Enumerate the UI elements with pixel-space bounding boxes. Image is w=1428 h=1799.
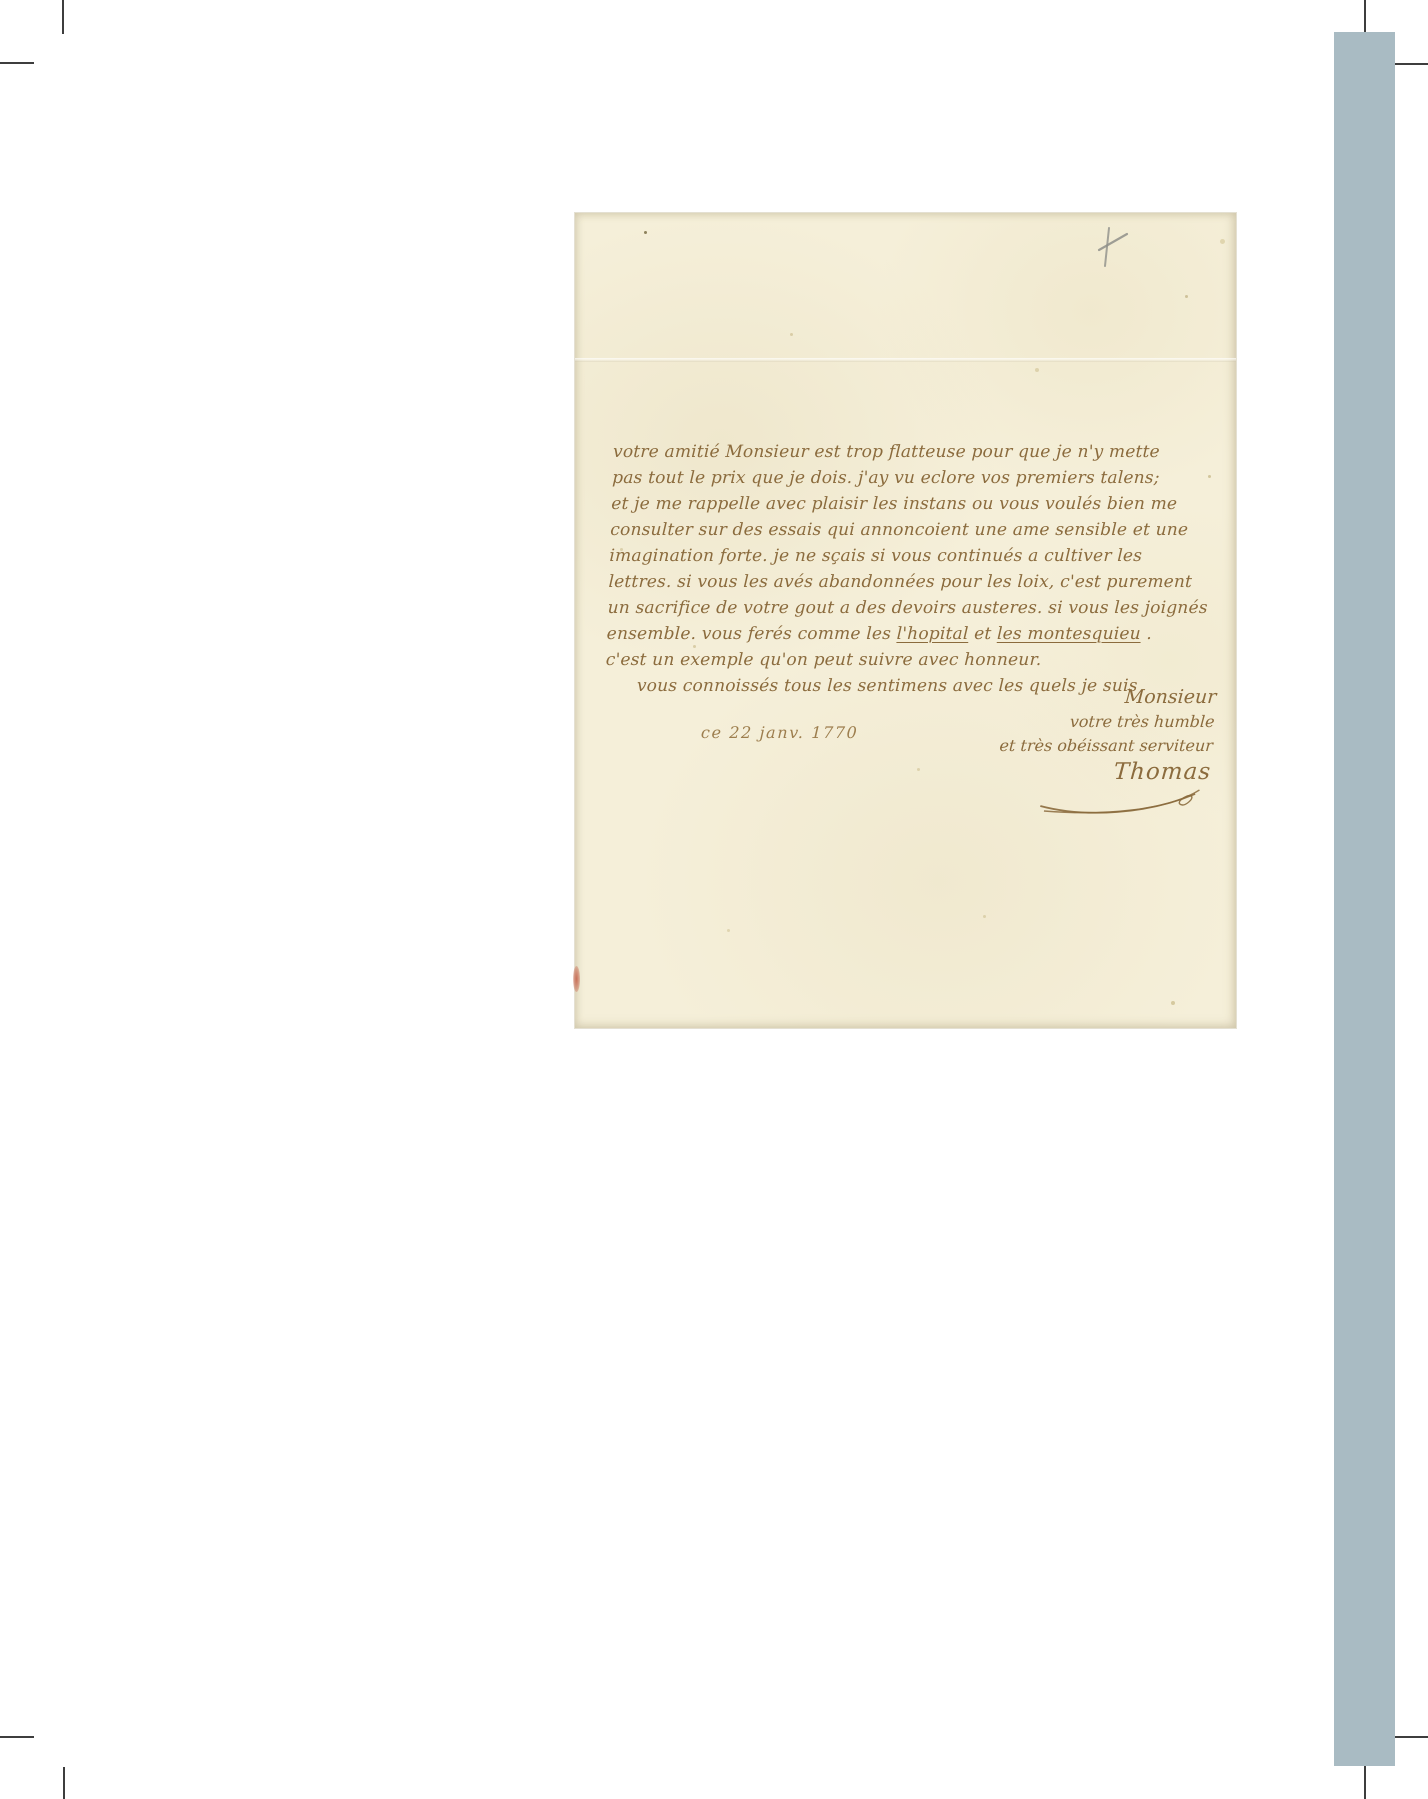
letter-text: c'est un exemple qu'on peut suivre avec … <box>605 650 1041 670</box>
foxing-speck <box>917 768 920 771</box>
letter-line: ensemble. vous ferés comme les l'hopital… <box>606 621 1222 647</box>
foxing-speck <box>790 333 793 336</box>
letter-line: imagination forte. je ne sçais si vous c… <box>609 543 1225 569</box>
letter-line: c'est un exemple qu'on peut suivre avec … <box>605 647 1221 673</box>
underlined-text: l'hopital <box>896 624 969 644</box>
closing-block: Monsieur votre très humble et très obéis… <box>994 685 1217 822</box>
letter-line: votre amitié Monsieur est trop flatteuse… <box>613 439 1229 465</box>
crop-mark-top-left-horizontal <box>0 62 34 64</box>
letter-text: et <box>968 624 997 644</box>
letter-line: consulter sur des essais qui annoncoient… <box>610 517 1226 543</box>
letter-text: pas tout le prix que je dois. j'ay vu ec… <box>612 468 1160 488</box>
fold-crease <box>575 358 1236 362</box>
foxing-speck <box>727 929 730 932</box>
signature-flourish <box>1035 784 1209 818</box>
foxing-speck <box>983 915 986 918</box>
foxing-speck <box>644 231 647 234</box>
crop-mark-bottom-right-horizontal <box>1395 1736 1428 1738</box>
crop-mark-top-left-vertical <box>62 0 64 34</box>
date-line: ce 22 janv. 1770 <box>701 723 859 742</box>
crop-mark-bottom-left-horizontal <box>0 1736 34 1738</box>
letter-text: lettres. si vous les avés abandonnées po… <box>608 572 1192 592</box>
closing-salutation: Monsieur <box>1002 685 1217 710</box>
crop-mark-top-right-vertical <box>1364 0 1366 33</box>
crop-mark-top-right-horizontal <box>1395 63 1428 65</box>
letter-line: pas tout le prix que je dois. j'ay vu ec… <box>612 465 1228 491</box>
letter-text: consulter sur des essais qui annoncoient… <box>610 520 1189 540</box>
closing-line-1: votre très humble <box>1000 710 1215 734</box>
closing-line-2: et très obéissant serviteur <box>998 734 1213 758</box>
letter-body: votre amitié Monsieur est trop flatteuse… <box>604 439 1228 699</box>
letter-text: ensemble. vous ferés comme les <box>606 624 897 644</box>
letter-line: lettres. si vous les avés abandonnées po… <box>608 569 1224 595</box>
signature: Thomas <box>996 758 1211 786</box>
pencil-mark <box>1093 223 1133 271</box>
letter-text: . <box>1141 624 1153 644</box>
letter-text: imagination forte. je ne sçais si vous c… <box>609 546 1142 566</box>
letter-text: votre amitié Monsieur est trop flatteuse… <box>613 442 1160 462</box>
letter-line: un sacrifice de votre gout a des devoirs… <box>607 595 1223 621</box>
red-edge-mark <box>573 966 580 992</box>
letter-text: et je me rappelle avec plaisir les insta… <box>611 494 1178 514</box>
foxing-speck <box>1220 239 1225 244</box>
letter-paper: votre amitié Monsieur est trop flatteuse… <box>575 213 1236 1028</box>
underlined-text: les montesquieu <box>997 624 1142 644</box>
page-edge-accent-bar <box>1334 32 1395 1766</box>
foxing-speck <box>1171 1001 1175 1005</box>
crop-mark-bottom-right-vertical <box>1364 1766 1366 1799</box>
foxing-speck <box>1185 295 1188 298</box>
crop-mark-bottom-left-vertical <box>63 1767 65 1799</box>
foxing-speck <box>1035 368 1039 372</box>
letter-line: et je me rappelle avec plaisir les insta… <box>611 491 1227 517</box>
letter-text: un sacrifice de votre gout a des devoirs… <box>607 598 1208 618</box>
